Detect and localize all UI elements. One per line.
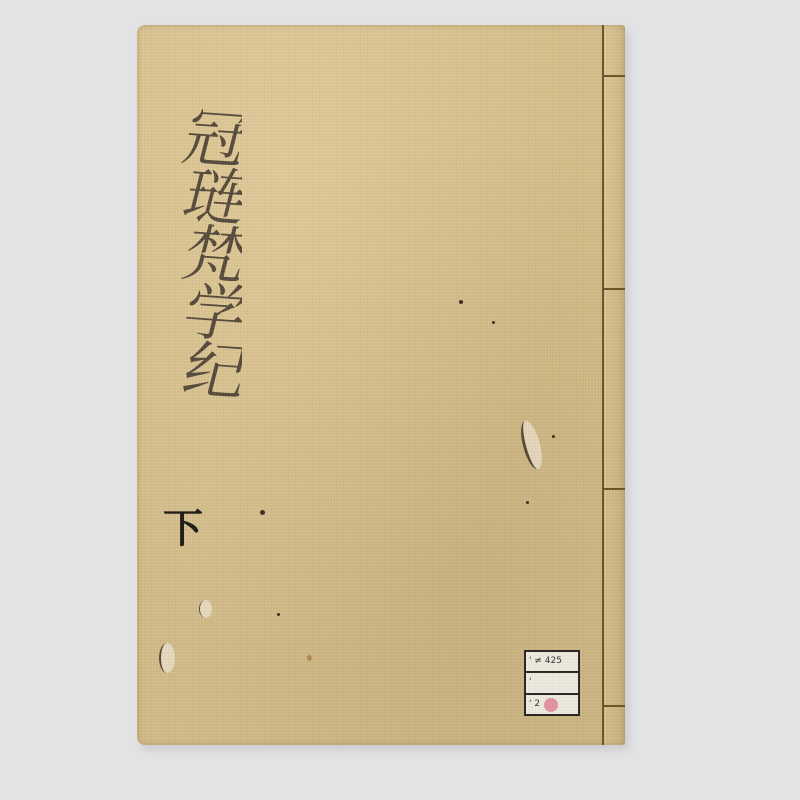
cover-title: 冠琏梵学纪 [155,102,245,398]
binding-strip [604,25,625,745]
binding-stitch [603,288,625,290]
paper-tear [199,600,212,618]
paper-tear [159,643,175,673]
label-row: ' [526,673,578,694]
binding-line [602,25,604,745]
stain-spot [459,300,463,304]
paper-tear [517,419,546,472]
stain-spot [526,501,529,504]
stain-spot [260,510,265,515]
label-row: ' 2 [526,695,578,714]
binding-stitch [603,705,625,707]
binding-stitch [603,488,625,490]
book-cover: 冠琏梵学纪 下 ' ≠ 425 ' ' 2 [137,25,625,745]
stain-spot [277,613,280,616]
shelf-label: ' ≠ 425 ' ' 2 [524,650,580,716]
volume-mark: 下 [163,497,203,554]
binding-stitch [603,75,625,77]
label-row: ' ≠ 425 [526,652,578,673]
stain-spot [552,435,555,438]
stain-spot [307,655,312,661]
red-seal-icon [544,698,558,712]
stain-spot [492,321,495,324]
